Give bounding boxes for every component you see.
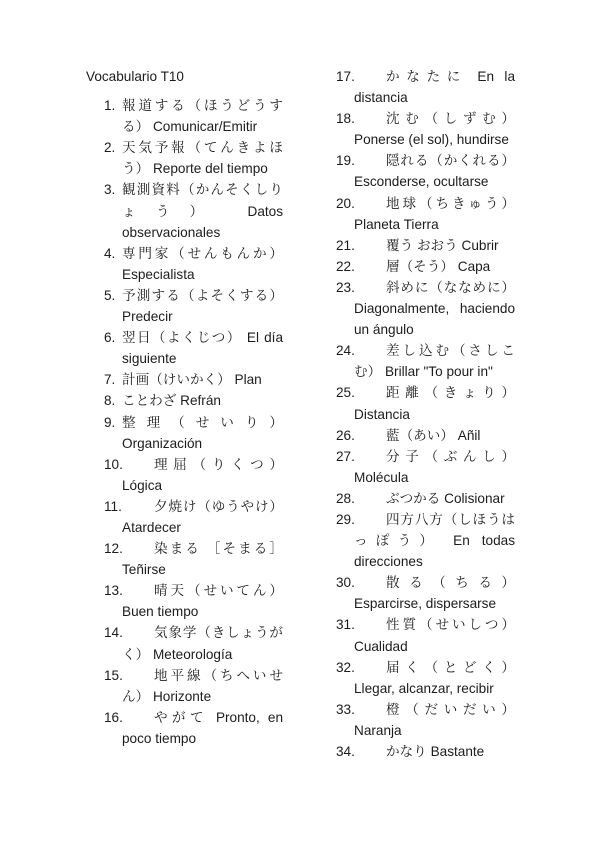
item-number: 31. [336, 614, 355, 635]
item-number: 29. [336, 509, 355, 530]
vocab-item: 31.性質（せいしつ） Cualidad [318, 614, 515, 656]
item-number: 1. [104, 95, 115, 116]
item-japanese: 理屈（りくつ） [154, 457, 283, 472]
page-title: Vocabulario T10 [86, 66, 283, 87]
item-japanese: 予測する（よそくする） [122, 288, 283, 303]
item-number: 14. [104, 622, 123, 643]
item-translation: Brillar "To pour in" [385, 364, 493, 379]
item-translation: Ponerse (el sol), hundirse [354, 132, 509, 147]
vocab-item: 10.理屈（りくつ） Lógica [86, 454, 283, 496]
vocab-item: 18.沈む（しずむ） Ponerse (el sol), hundirse [318, 108, 515, 150]
vocab-item: 25.距離（きょり） Distancia [318, 382, 515, 424]
vocab-item: 17.かなたに En la distancia [318, 66, 515, 108]
item-japanese: 専門家（せんもんか） [122, 246, 283, 261]
vocab-item: 24.差し込む（さしこむ） Brillar "To pour in" [318, 340, 515, 382]
item-number: 2. [104, 137, 115, 158]
item-number: 7. [104, 369, 115, 390]
item-number: 4. [104, 243, 115, 264]
item-translation: Teñirse [122, 562, 166, 577]
item-translation: Plan [235, 372, 262, 387]
vocab-item: 33.橙（だいだい） Naranja [318, 699, 515, 741]
item-translation: Naranja [354, 723, 402, 738]
item-translation: Distancia [354, 407, 410, 422]
item-translation: Colisionar [444, 491, 504, 506]
item-japanese: 隠れる（かくれる） [386, 153, 515, 168]
item-number: 9. [104, 412, 115, 433]
item-translation: Cualidad [354, 639, 408, 654]
item-number: 30. [336, 572, 355, 593]
item-japanese: ことわざ [122, 393, 176, 408]
vocab-item: 26.藍（あい） Añil [318, 425, 515, 446]
item-number: 27. [336, 446, 355, 467]
vocab-item: 11.夕焼け（ゆうやけ） Atardecer [86, 496, 283, 538]
item-japanese: 地球（ちきゅう） [386, 196, 515, 211]
item-japanese: 沈む（しずむ） [386, 111, 515, 126]
item-japanese: 散る（ちる） [386, 575, 515, 590]
item-number: 21. [336, 235, 355, 256]
vocab-item: 8.ことわざ Refrán [86, 390, 283, 411]
item-number: 13. [104, 580, 123, 601]
item-number: 26. [336, 425, 355, 446]
item-translation: Bastante [431, 744, 485, 759]
item-japanese: 分子（ぶんし） [386, 449, 515, 464]
item-japanese: かなり [386, 744, 427, 759]
vocab-item: 19.隠れる（かくれる） Esconderse, ocultarse [318, 150, 515, 192]
vocab-item: 32.届く（とどく） Llegar, alcanzar, recibir [318, 657, 515, 699]
vocab-item: 29.四方八方（しほうはっぽう） En todas direcciones [318, 509, 515, 572]
vocab-item: 34.かなり Bastante [318, 741, 515, 762]
item-japanese: やがて [154, 710, 208, 725]
item-number: 33. [336, 699, 355, 720]
item-translation: Atardecer [122, 520, 181, 535]
item-japanese: 計画（けいかく） [122, 372, 231, 387]
item-translation: Cubrir [462, 238, 499, 253]
item-translation: Predecir [122, 309, 173, 324]
item-japanese: ぶつかる [386, 491, 440, 506]
item-number: 20. [336, 193, 355, 214]
item-number: 6. [104, 327, 115, 348]
item-translation: Añil [458, 428, 481, 443]
item-japanese: 晴天（せいてん） [154, 583, 283, 598]
item-translation: Planeta Tierra [354, 217, 439, 232]
vocab-item: 27.分子（ぶんし） Molécula [318, 446, 515, 488]
item-translation: Capa [458, 259, 491, 274]
vocab-item: 28.ぶつかる Colisionar [318, 488, 515, 509]
item-translation: Lógica [122, 478, 162, 493]
item-translation: Esconderse, ocultarse [354, 174, 489, 189]
item-number: 25. [336, 382, 355, 403]
item-japanese: 性質（せいしつ） [386, 617, 515, 632]
vocab-item: 30.散る（ちる） Esparcirse, dispersarse [318, 572, 515, 614]
column-right: 17.かなたに En la distancia18.沈む（しずむ） Poners… [318, 66, 515, 762]
vocab-item: 14.気象学（きしょうがく） Meteorología [86, 622, 283, 664]
vocab-item: 6.翌日（よくじつ） El día siguiente [86, 327, 283, 369]
item-translation: Refrán [180, 393, 221, 408]
vocab-list-right: 17.かなたに En la distancia18.沈む（しずむ） Poners… [318, 66, 515, 762]
vocab-item: 12.染まる ［そまる］ Teñirse [86, 538, 283, 580]
vocab-list-left: 1.報道する（ほうどうする） Comunicar/Emitir2.天気予報（てん… [86, 95, 283, 749]
item-number: 3. [104, 179, 115, 200]
item-japanese: 層（そう） [386, 259, 454, 274]
item-japanese: 距離（きょり） [386, 385, 515, 400]
vocab-item: 20.地球（ちきゅう） Planeta Tierra [318, 193, 515, 235]
item-number: 17. [336, 66, 355, 87]
item-japanese: 届く（とどく） [386, 660, 515, 675]
item-translation: Horizonte [153, 689, 211, 704]
item-translation: Buen tiempo [122, 604, 198, 619]
item-translation: Organización [122, 436, 202, 451]
vocab-item: 2.天気予報（てんきよほう） Reporte del tiempo [86, 137, 283, 179]
item-japanese: 橙（だいだい） [386, 702, 515, 717]
vocab-item: 15.地平線（ちへいせん） Horizonte [86, 665, 283, 707]
item-japanese: 翌日（よくじつ） [122, 330, 242, 345]
vocab-item: 16.やがて Pronto, en poco tiempo [86, 707, 283, 749]
item-number: 10. [104, 454, 123, 475]
item-japanese: かなたに [386, 69, 467, 84]
item-number: 8. [104, 390, 115, 411]
item-number: 11. [104, 496, 122, 517]
item-number: 23. [336, 277, 355, 298]
item-number: 28. [336, 488, 355, 509]
item-translation: Diagonalmente, haciendo un ángulo [354, 301, 515, 337]
vocab-item: 7.計画（けいかく） Plan [86, 369, 283, 390]
item-number: 15. [104, 665, 123, 686]
item-japanese: 染まる ［そまる］ [154, 541, 283, 556]
item-number: 34. [336, 741, 355, 762]
item-japanese: 覆う おおう [386, 238, 458, 253]
item-number: 12. [104, 538, 123, 559]
item-number: 24. [336, 340, 355, 361]
item-translation: Reporte del tiempo [153, 161, 268, 176]
vocab-item: 5.予測する（よそくする） Predecir [86, 285, 283, 327]
item-japanese: 藍（あい） [386, 428, 454, 443]
vocab-item: 1.報道する（ほうどうする） Comunicar/Emitir [86, 95, 283, 137]
item-number: 5. [104, 285, 115, 306]
item-translation: Molécula [354, 470, 408, 485]
item-japanese: 夕焼け（ゆうやけ） [154, 499, 283, 514]
vocab-item: 13.晴天（せいてん） Buen tiempo [86, 580, 283, 622]
item-translation: Llegar, alcanzar, recibir [354, 681, 494, 696]
document-page: Vocabulario T10 1.報道する（ほうどうする） Comunicar… [0, 0, 599, 848]
item-japanese: 斜めに（ななめに） [386, 280, 515, 295]
vocab-item: 9.整理（せいり） Organización [86, 412, 283, 454]
column-left: Vocabulario T10 1.報道する（ほうどうする） Comunicar… [86, 66, 283, 749]
item-translation: Meteorología [153, 647, 232, 662]
vocab-item: 22.層（そう） Capa [318, 256, 515, 277]
vocab-item: 21.覆う おおう Cubrir [318, 235, 515, 256]
vocab-item: 3.観測資料（かんそくしりょう） Datos observacionales [86, 179, 283, 242]
vocab-item: 23.斜めに（ななめに） Diagonalmente, haciendo un … [318, 277, 515, 340]
item-number: 22. [336, 256, 355, 277]
item-translation: Especialista [122, 267, 195, 282]
item-translation: Comunicar/Emitir [153, 119, 257, 134]
item-translation: Esparcirse, dispersarse [354, 596, 496, 611]
item-number: 18. [336, 108, 355, 129]
item-number: 32. [336, 657, 355, 678]
vocab-item: 4.専門家（せんもんか） Especialista [86, 243, 283, 285]
item-japanese: 整理（せいり） [122, 415, 283, 430]
item-number: 16. [104, 707, 123, 728]
item-number: 19. [336, 150, 355, 171]
